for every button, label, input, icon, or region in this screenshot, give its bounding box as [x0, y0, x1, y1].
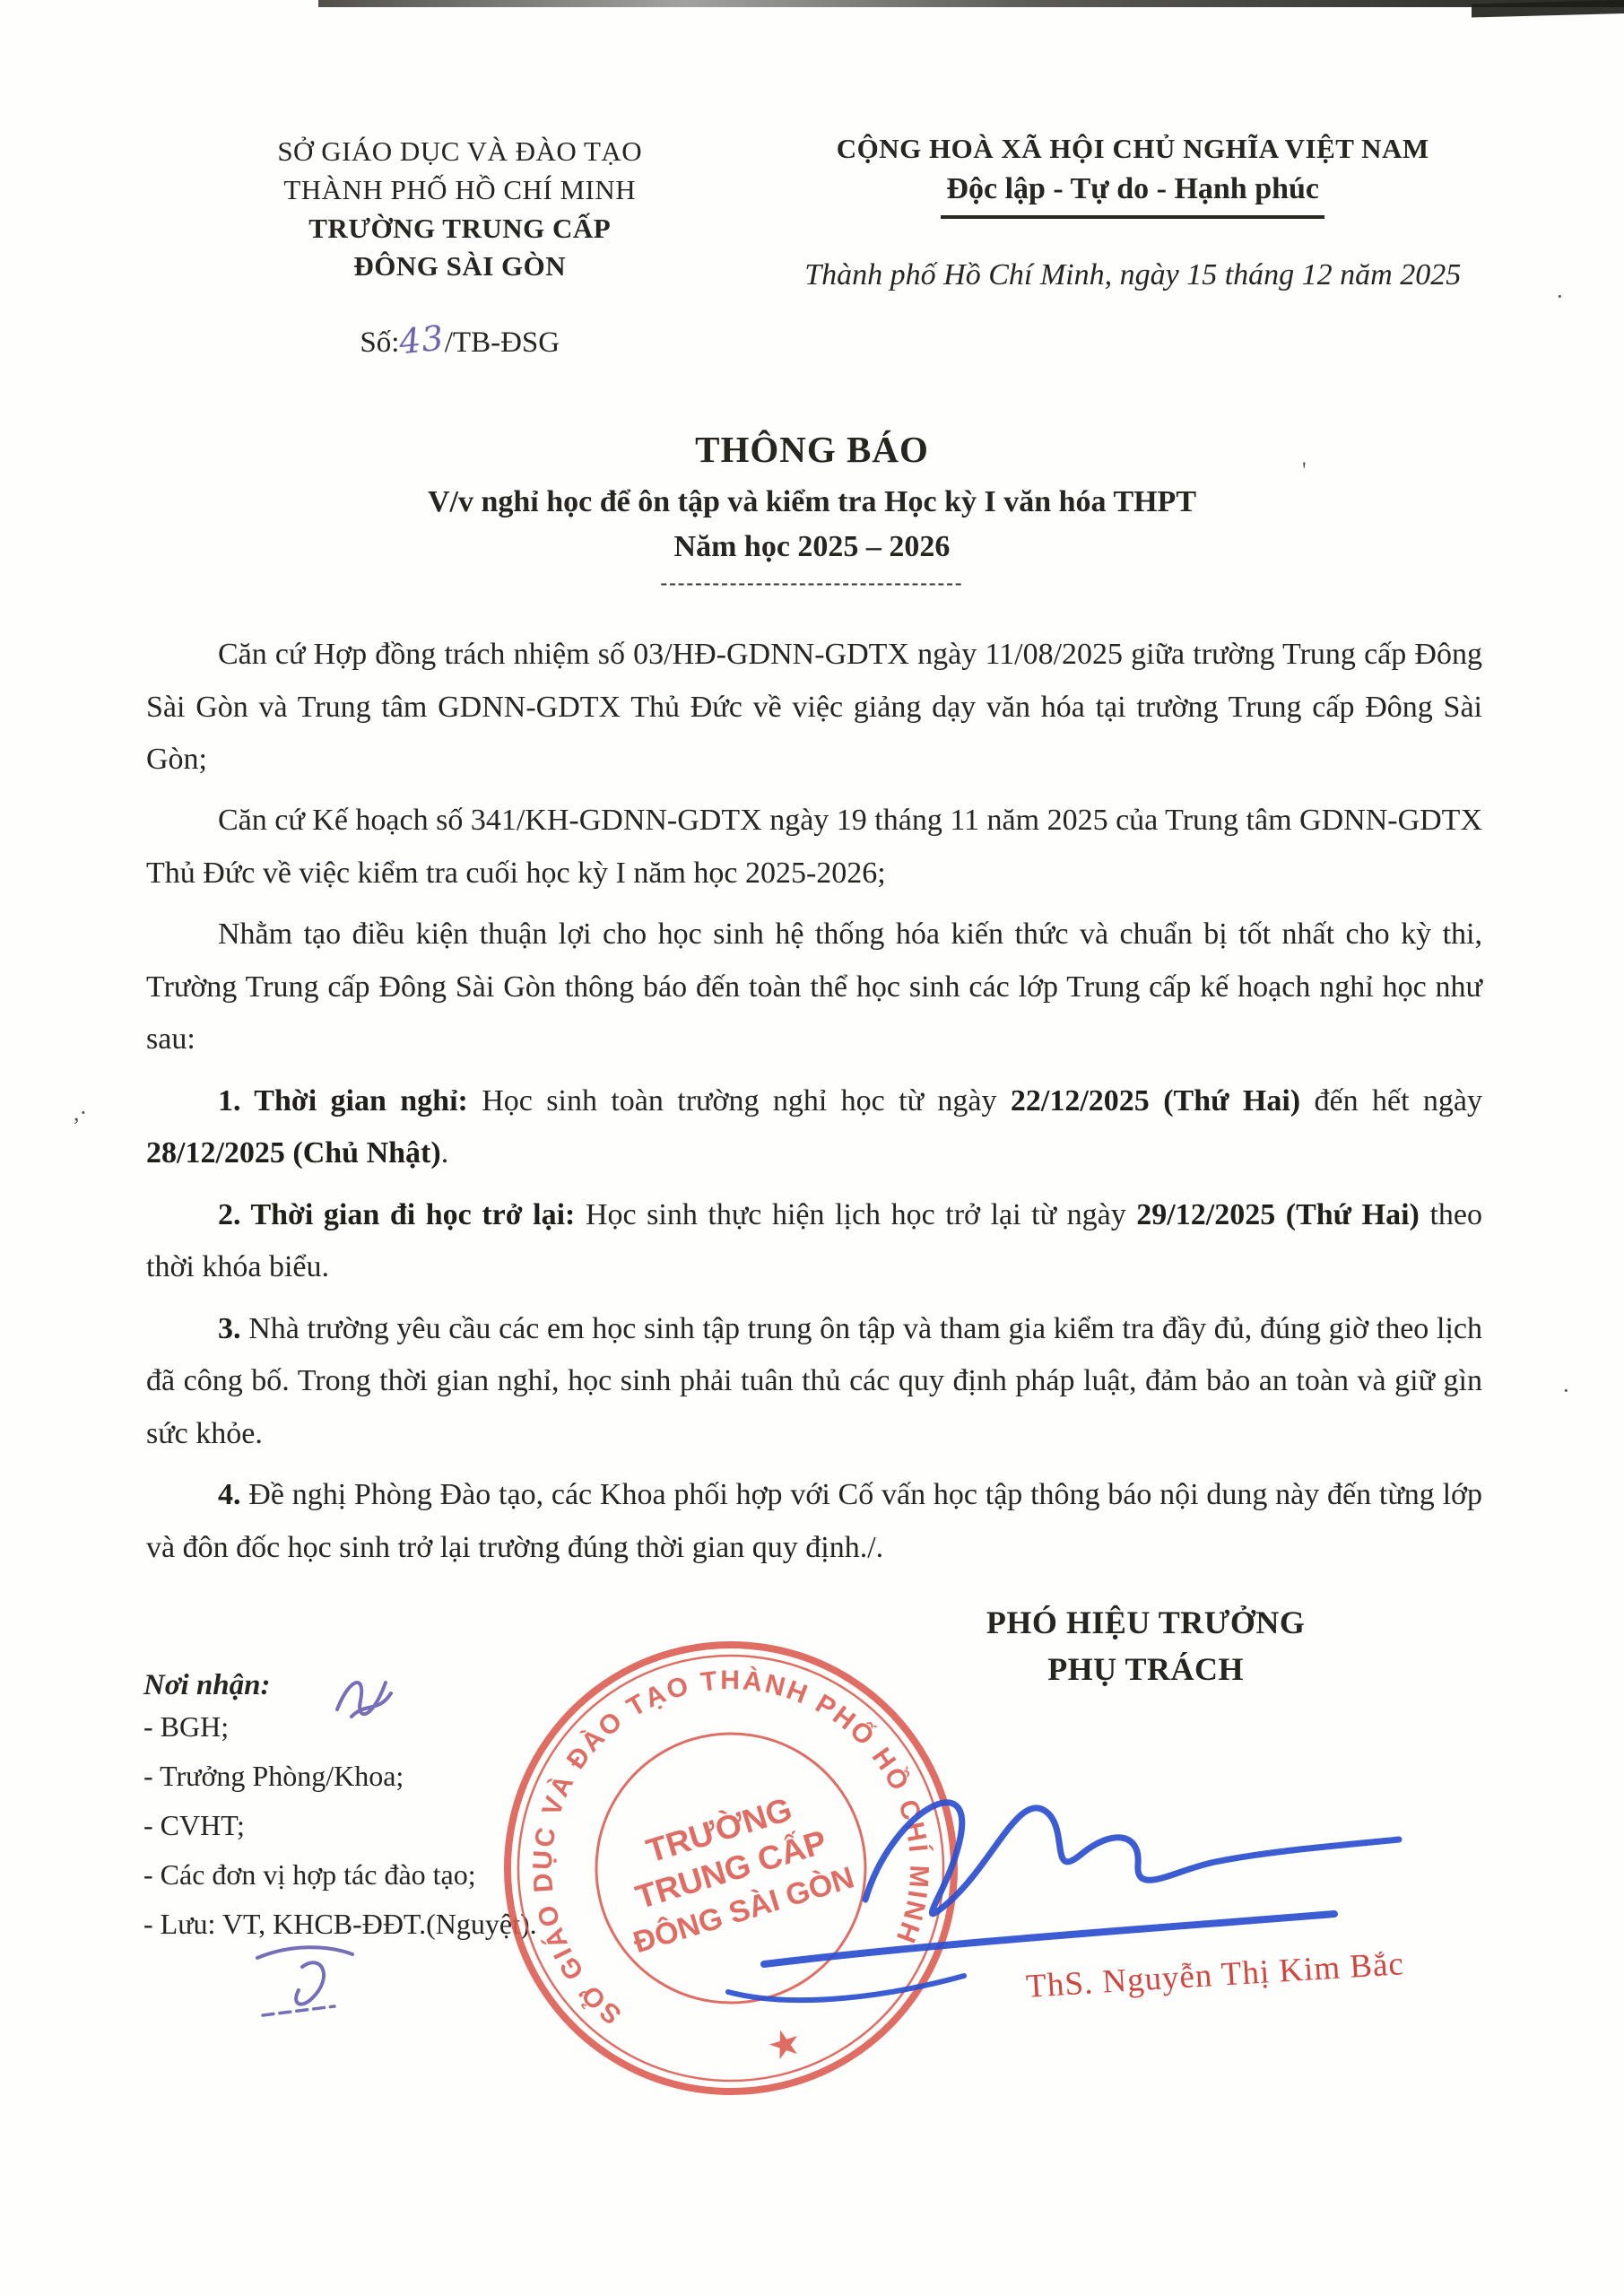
issuer-line: THÀNH PHỐ HỒ CHÍ MINH	[143, 171, 776, 210]
handwritten-doc-number: 43	[397, 318, 447, 362]
handwritten-mark	[247, 1938, 368, 2023]
dateline: Thành phố Hồ Chí Minh, ngày 15 tháng 12 …	[776, 258, 1489, 292]
paragraph: Căn cứ Kế hoạch số 341/KH-GDNN-GDTX ngày…	[146, 795, 1482, 900]
stamp-star-icon: ★	[765, 2022, 805, 2067]
scan-artifact: ,·	[74, 1101, 87, 1125]
issuer-line: ĐÔNG SÀI GÒN	[143, 248, 776, 286]
title-divider: -----------------------------------	[0, 571, 1624, 595]
paragraph: 4. Đề nghị Phòng Đào tạo, các Khoa phối …	[146, 1469, 1482, 1574]
title-block: THÔNG BÁO V/v nghỉ học để ôn tập và kiểm…	[0, 428, 1624, 595]
doc-number-suffix: /TB-ĐSG	[445, 326, 560, 359]
scan-artifact: ·	[1556, 285, 1564, 309]
issuer-line: SỞ GIÁO DỤC VÀ ĐÀO TẠO	[143, 133, 776, 171]
paragraph: 2. Thời gian đi học trở lại: Học sinh th…	[146, 1189, 1482, 1294]
scan-artifact: ·	[1562, 1379, 1570, 1403]
national-motto: Độc lập - Tự do - Hạnh phúc	[941, 172, 1324, 219]
paragraph: Căn cứ Hợp đồng trách nhiệm số 03/HĐ-GDN…	[146, 629, 1482, 786]
paragraph: 1. Thời gian nghỉ: Học sinh toàn trường …	[146, 1075, 1482, 1180]
notice-title: THÔNG BÁO	[0, 428, 1624, 471]
issuer-line: TRƯỜNG TRUNG CẤP	[143, 210, 776, 248]
notice-subject: V/v nghỉ học để ôn tập và kiểm tra Học k…	[0, 485, 1624, 519]
paragraph: Nhằm tạo điều kiện thuận lợi cho học sin…	[146, 909, 1482, 1065]
national-header: CỘNG HOÀ XÃ HỘI CHỦ NGHĨA VIỆT NAM	[776, 133, 1489, 165]
scanned-notice-page: · ' ,· · SỞ GIÁO DỤC VÀ ĐÀO TẠOTHÀNH PHỐ…	[0, 0, 1624, 2296]
scan-artifact: '	[1302, 459, 1307, 483]
scan-artifact	[318, 0, 1624, 7]
issuer-block: SỞ GIÁO DỤC VÀ ĐÀO TẠOTHÀNH PHỐ HỒ CHÍ M…	[143, 133, 776, 286]
doc-number-prefix: Số:	[360, 326, 399, 359]
doc-number: Số:43/TB-ĐSG	[143, 320, 776, 360]
school-year: Năm học 2025 – 2026	[0, 530, 1624, 564]
paragraph: 3. Nhà trường yêu cầu các em học sinh tậ…	[146, 1303, 1482, 1460]
document-footer: Nơi nhận: - BGH;- Trưởng Phòng/Khoa;- CV…	[0, 1599, 1624, 2137]
body-paragraphs: Căn cứ Hợp đồng trách nhiệm số 03/HĐ-GDN…	[0, 595, 1624, 1574]
document-header: SỞ GIÁO DỤC VÀ ĐÀO TẠOTHÀNH PHỐ HỒ CHÍ M…	[0, 0, 1624, 360]
